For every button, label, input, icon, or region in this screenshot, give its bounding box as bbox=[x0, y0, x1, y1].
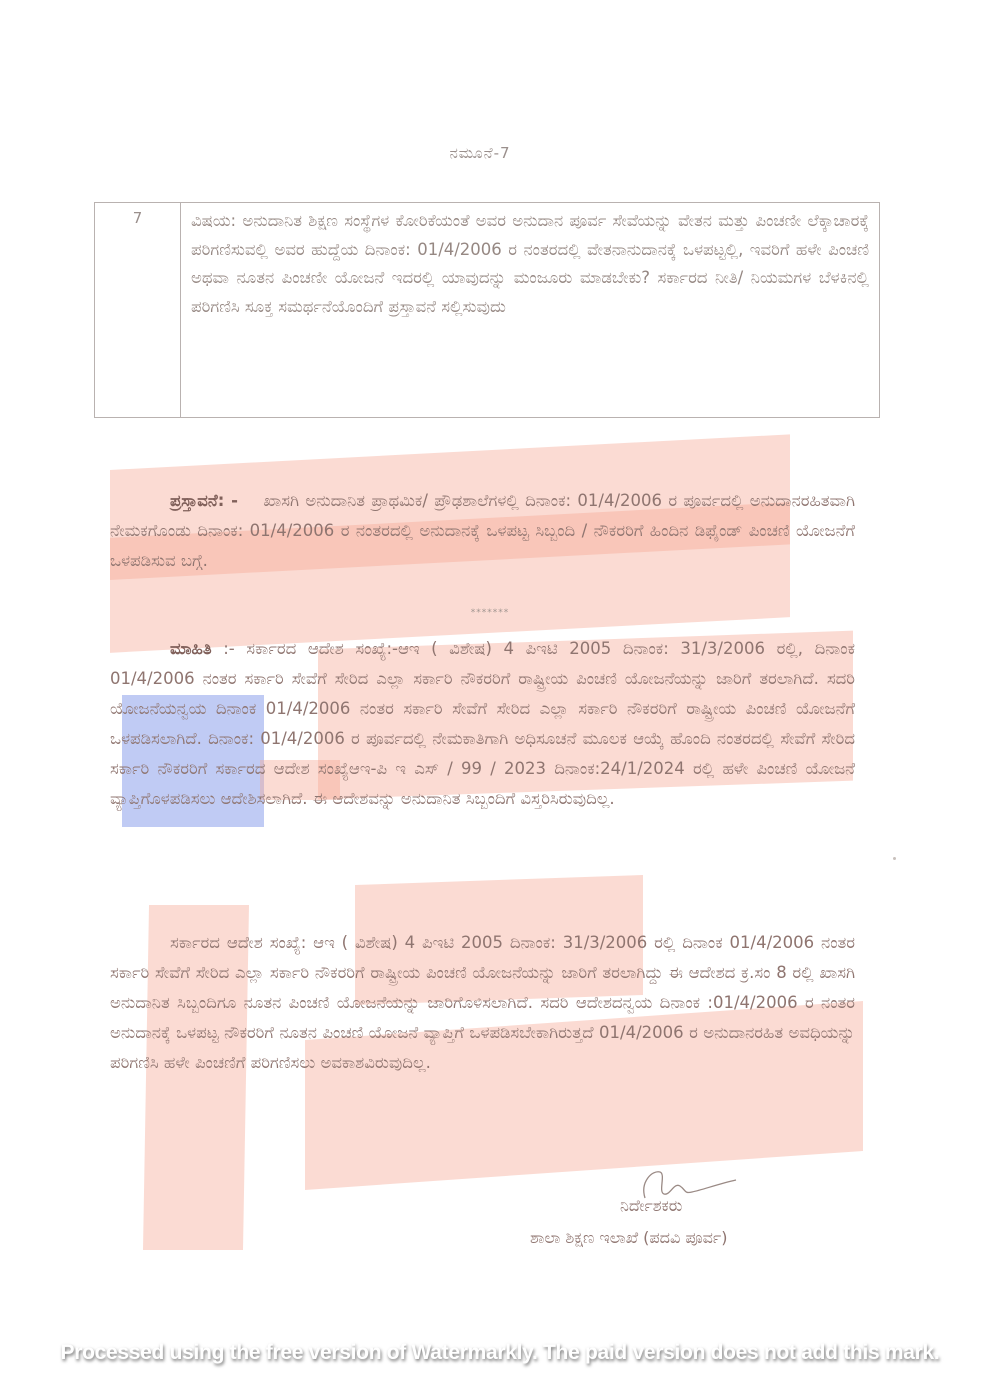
signatory-title: ನಿರ್ದೇಶಕರು bbox=[620, 1196, 682, 1216]
order-paragraph: ಸರ್ಕಾರದ ಆದೇಶ ಸಂಖ್ಯೆ: ಆಇ ( ವಿಶೇಷ) 4 ಪಿಇಟಿ… bbox=[110, 928, 855, 1078]
signatory-department: ಶಾಲಾ ಶಿಕ್ಷಣ ಇಲಾಖೆ (ಪದವಿ ಪೂರ್ವ) bbox=[530, 1228, 727, 1248]
subject-text: ವಿಷಯ: ಅನುದಾನಿತ ಶಿಕ್ಷಣ ಸಂಸ್ಥೆಗಳ ಕೋರಿಕೆಯಂತ… bbox=[181, 203, 879, 417]
form-number: ನಮೂನೆ-7 bbox=[0, 144, 960, 162]
information-label: ಮಾಹಿತಿ bbox=[170, 639, 212, 658]
subject-table: 7 ವಿಷಯ: ಅನುದಾನಿತ ಶಿಕ್ಷಣ ಸಂಸ್ಥೆಗಳ ಕೋರಿಕೆಯ… bbox=[94, 202, 880, 418]
separator: ******* bbox=[0, 608, 980, 618]
introduction-label: ಪ್ರಸ್ತಾವನೆ: - bbox=[170, 491, 238, 510]
information-paragraph: ಮಾಹಿತಿ :- ಸರ್ಕಾರದ ಆದೇಶ ಸಂಖ್ಯೆ:-ಆಇ ( ವಿಶೇ… bbox=[110, 634, 855, 814]
watermark-text: Processed using the free version of Wate… bbox=[0, 1341, 1000, 1365]
introduction-paragraph: ಪ್ರಸ್ತಾವನೆ: - ಖಾಸಗಿ ಅನುದಾನಿತ ಪ್ರಾಥಮಿಕ/ ಪ… bbox=[110, 486, 855, 576]
speck bbox=[893, 857, 896, 860]
information-text: :- ಸರ್ಕಾರದ ಆದೇಶ ಸಂಖ್ಯೆ:-ಆಇ ( ವಿಶೇಷ) 4 ಪಿ… bbox=[110, 639, 855, 808]
row-number: 7 bbox=[95, 203, 181, 417]
